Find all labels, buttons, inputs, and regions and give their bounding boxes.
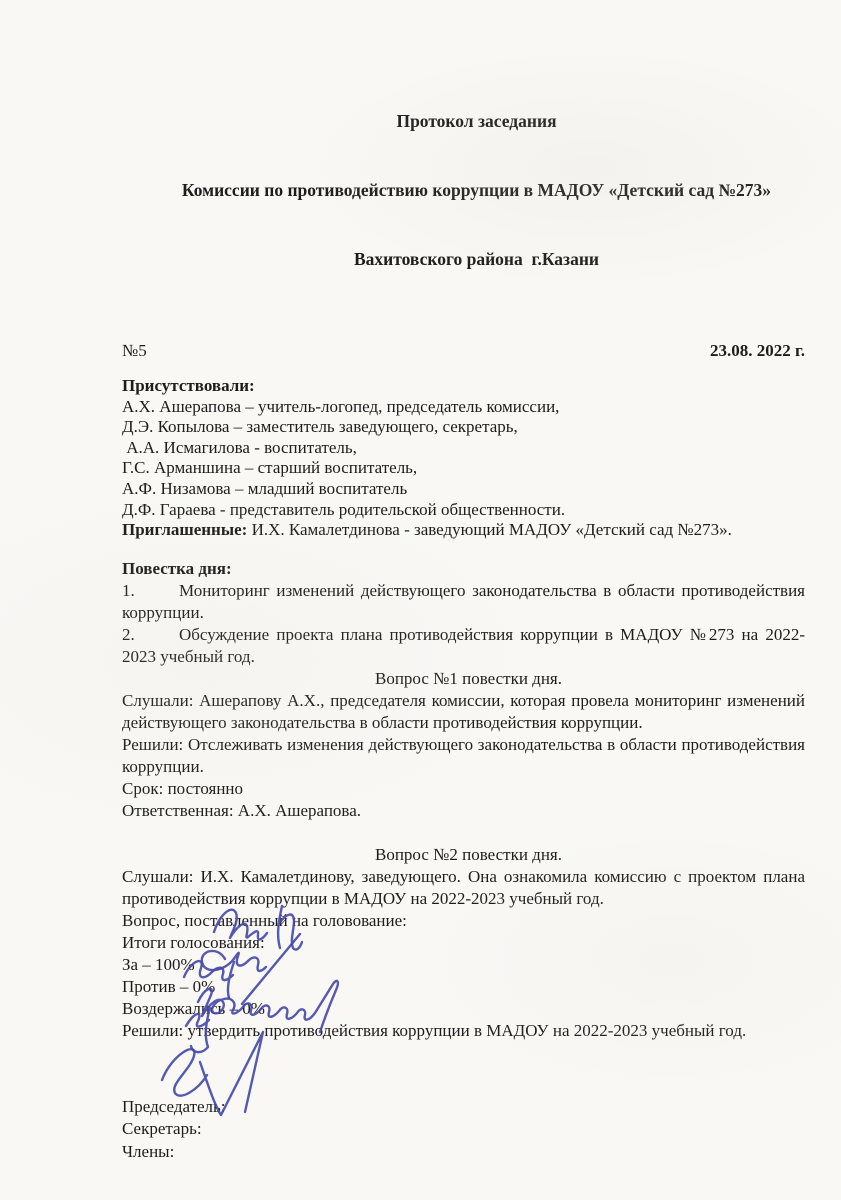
signature-secretary-stroke	[242, 934, 300, 1004]
agenda-item-text: Обсуждение проекта плана противодействия…	[122, 625, 805, 666]
attendees-section: Присутствовали: А.Х. Ашерапова – учитель…	[122, 376, 805, 541]
meta-row: №5 23.08. 2022 г.	[122, 340, 805, 362]
members-label: Члены:	[122, 1141, 805, 1164]
attendee-item: А.А. Исмагилова - воспитатель,	[122, 438, 805, 459]
agenda-item-text: Мониторинг изменений действующего законо…	[122, 581, 805, 622]
protocol-date: 23.08. 2022 г.	[710, 340, 805, 362]
signature-member-4	[162, 1032, 263, 1115]
title-line-3: Вахитовского района г.Казани	[148, 248, 805, 271]
question2-heading: Вопрос №2 повестки дня.	[122, 844, 805, 866]
signature-chairman	[214, 910, 267, 940]
signature-member-2	[198, 981, 338, 1032]
question1-decided: Решили: Отслеживать изменения действующе…	[122, 734, 805, 778]
attendee-item: А.Х. Ашерапова – учитель-логопед, предсе…	[122, 397, 805, 418]
title-line-2: Комиссии по противодействию коррупции в …	[148, 179, 805, 202]
question1-heading: Вопрос №1 повестки дня.	[122, 668, 805, 690]
attendee-item: Г.С. Арманшина – старший воспитатель,	[122, 458, 805, 479]
invited-label: Приглашенные:	[122, 520, 247, 539]
agenda-item-number: 1.	[122, 580, 179, 602]
attendees-heading: Присутствовали:	[122, 376, 255, 395]
signature-member-3	[186, 1008, 210, 1052]
question1-responsible: Ответственная: А.Х. Ашерапова.	[122, 800, 805, 822]
question1-term: Срок: постоянно	[122, 778, 805, 800]
attendee-item: А.Ф. Низамова – младший воспитатель	[122, 479, 805, 500]
signatures-ink	[140, 882, 370, 1127]
question1-section: Вопрос №1 повестки дня. Слушали: Ашерапо…	[122, 668, 805, 822]
agenda-item-number: 2.	[122, 624, 179, 646]
title-line-1: Протокол заседания	[148, 110, 805, 133]
question1-heard: Слушали: Ашерапову А.Х., председателя ко…	[122, 690, 805, 734]
invited-text: И.Х. Камалетдинова - заведующий МАДОУ «Д…	[247, 520, 732, 539]
agenda-section: Повестка дня: 1.Мониторинг изменений дей…	[122, 558, 805, 668]
agenda-item-1: 1.Мониторинг изменений действующего зако…	[122, 580, 805, 624]
scanned-protocol-page: Протокол заседания Комиссии по противоде…	[0, 0, 841, 1200]
agenda-heading: Повестка дня:	[122, 559, 232, 578]
attendee-item: Д.Э. Копылова – заместитель заведующего,…	[122, 417, 805, 438]
attendee-item: Д.Ф. Гараева - представитель родительско…	[122, 500, 805, 521]
signature-chairman-tail	[278, 906, 302, 950]
agenda-item-2: 2.Обсуждение проекта плана противодейств…	[122, 624, 805, 668]
protocol-number: №5	[122, 340, 147, 362]
document-title: Протокол заседания Комиссии по противоде…	[122, 64, 805, 317]
invited-line: Приглашенные: И.Х. Камалетдинова - завед…	[122, 520, 805, 541]
